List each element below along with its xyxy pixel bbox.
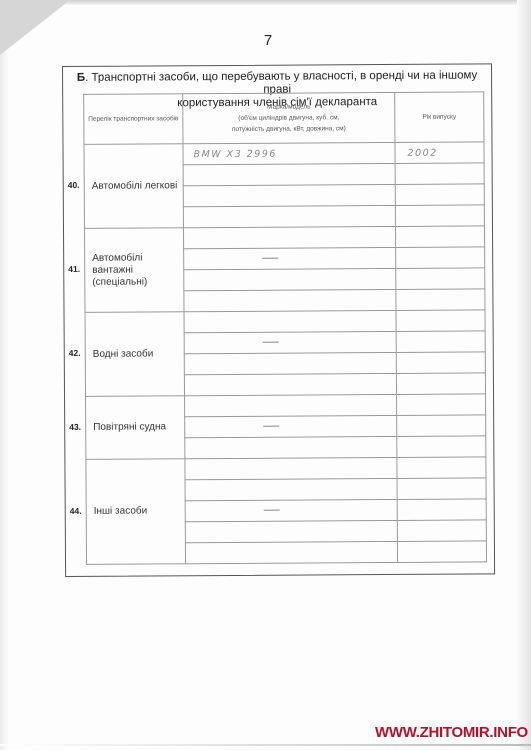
make-model-cell	[185, 499, 397, 521]
make-model-cell	[184, 289, 396, 311]
make-model-cell	[183, 205, 395, 227]
make-model-value: BMW X3 2996	[194, 148, 277, 160]
make-model-cell	[184, 352, 396, 374]
year-cell	[396, 310, 485, 332]
vehicle-category-label: Інші засоби	[86, 459, 186, 565]
year-cell	[397, 478, 486, 500]
make-model-cell	[185, 436, 397, 458]
year-value: 2002	[408, 147, 438, 158]
year-cell	[397, 415, 486, 437]
scan-right-edge	[517, 0, 531, 750]
year-cell	[397, 394, 486, 416]
make-model-cell	[184, 373, 396, 395]
watermark-underline	[0, 744, 531, 746]
year-cell	[395, 226, 484, 248]
site-watermark: WWW.ZHITOMIR.INFO	[375, 724, 528, 741]
make-model-cell	[183, 184, 395, 206]
row-number: 43.	[69, 421, 81, 431]
table-header-row: Перелік транспортних засобів Марка/модел…	[84, 92, 484, 144]
make-model-cell	[185, 394, 397, 416]
make-model-cell: BMW X3 2996	[183, 142, 395, 164]
empty-dash-mark	[263, 426, 279, 427]
year-cell	[396, 247, 485, 269]
table-row: Автомобілі вантажні (спеціальні)	[84, 226, 484, 249]
make-model-cell	[183, 163, 395, 185]
make-model-cell	[185, 415, 397, 437]
year-cell: 2002	[395, 142, 484, 164]
make-model-cell	[184, 247, 396, 269]
row-number: 44.	[70, 505, 82, 515]
vehicle-category-label: Повітряні судна	[86, 396, 185, 460]
vehicle-category-label: Автомобілі легкові	[84, 144, 184, 229]
table-row: Водні засоби	[85, 310, 485, 333]
header-make-model: Марка/модель (об'єм циліндрів двигуна, к…	[183, 92, 395, 143]
scan-left-edge	[0, 0, 8, 750]
make-model-cell	[185, 541, 397, 563]
vehicles-section-frame: Б. Транспортні засоби, що перебувають у …	[62, 63, 495, 577]
vehicle-category-label: Автомобілі вантажні (спеціальні)	[84, 228, 184, 313]
year-cell	[395, 184, 484, 206]
make-model-cell	[185, 457, 397, 479]
row-number: 42.	[69, 348, 81, 358]
table-row: Інші засоби	[86, 457, 486, 480]
year-cell	[396, 268, 485, 290]
year-cell	[395, 205, 484, 227]
empty-dash-mark	[262, 258, 278, 259]
make-model-cell	[183, 226, 395, 248]
scan-folded-corner	[0, 0, 70, 55]
page-number: 7	[258, 32, 278, 49]
vehicle-category-label: Водні засоби	[85, 312, 185, 397]
year-cell	[395, 163, 484, 185]
vehicles-table: Перелік транспортних засобів Марка/модел…	[83, 91, 487, 564]
section-letter: Б	[77, 72, 85, 84]
make-model-cell	[184, 268, 396, 290]
make-model-cell	[185, 478, 397, 500]
scan-top-edge	[0, 0, 531, 5]
row-number: 41.	[68, 264, 80, 274]
make-model-cell	[184, 310, 396, 332]
make-model-cell	[185, 520, 397, 542]
header-year: Рік випуску	[395, 92, 484, 143]
empty-dash-mark	[263, 510, 279, 511]
year-cell	[397, 499, 486, 521]
row-numbers: 40.41.42.43.44.	[63, 64, 491, 67]
year-cell	[396, 331, 485, 353]
year-cell	[397, 457, 486, 479]
year-cell	[396, 373, 485, 395]
header-vehicle-list: Перелік транспортних засобів	[84, 94, 183, 145]
year-cell	[397, 436, 486, 458]
row-number: 40.	[68, 180, 80, 190]
make-model-cell	[184, 331, 396, 353]
empty-dash-mark	[262, 342, 278, 343]
table-row: Автомобілі легковіBMW X3 29962002	[84, 142, 484, 165]
table-row: Повітряні судна	[86, 394, 486, 417]
year-cell	[396, 289, 485, 311]
year-cell	[397, 541, 486, 563]
year-cell	[396, 352, 485, 374]
year-cell	[397, 520, 486, 542]
